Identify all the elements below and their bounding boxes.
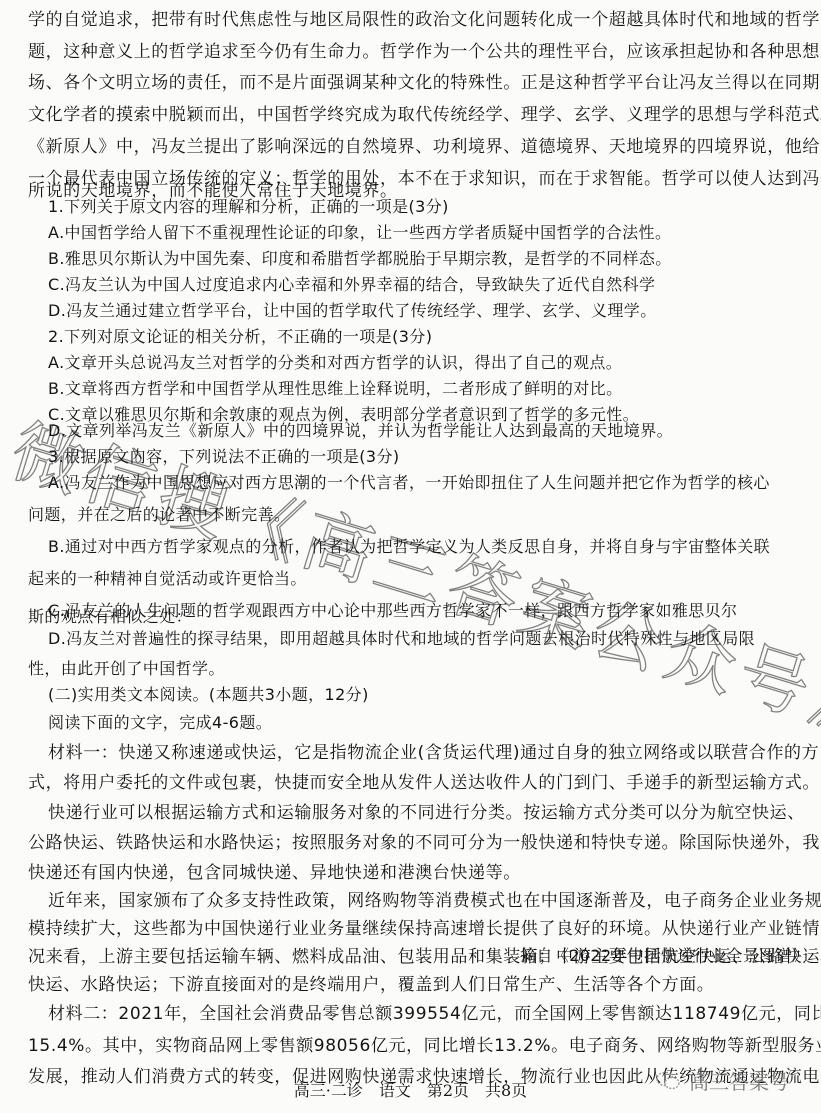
passage-line: 学的自觉追求，把带有时代焦虑性与地区局限性的政治文化问题转化成一个超越具体时代和…	[28, 9, 821, 31]
option-c-line-2: 斯的观点有相似之处：	[28, 606, 192, 628]
material-source: 摘自《2022年中国快递行业全景图谱》	[520, 945, 808, 967]
material-line: 式，将用户委托的文件或包裹，快捷而安全地从发件人送达收件人的门到门、手递手的新型…	[28, 772, 820, 794]
material-line: 快递还有国内快递，包含同城快递、异地快递和港澳台快递等。	[28, 862, 521, 884]
material-line: 材料二：2021年，全国社会消费品零售总额399554亿元，而全国网上零售额达1…	[48, 1003, 821, 1025]
passage-line: 场、各个文明立场的责任，而不是片面强调某种文化的特殊性。正是这种哲学平台让冯友兰…	[28, 72, 821, 94]
passage-line: 题，这种意义上的哲学追求至今仍有生命力。哲学作为一个公共的理性平台，应该承担起协…	[28, 41, 821, 63]
section-instruction: 阅读下面的文字，完成4-6题。	[48, 712, 272, 734]
option-a: A.中国哲学给人留下不重视理性论证的印象，让一些西方学者质疑中国哲学的合法性。	[48, 222, 671, 244]
material-line: 模持续扩大，这些都为中国快递行业业务量继续保持高速增长提供了良好的环境。从快递行…	[28, 918, 820, 940]
option-b: B.雅思贝尔斯认为中国先秦、印度和希腊哲学都脱胎于早期宗教，是哲学的不同样态。	[48, 248, 672, 270]
option-b: B.文章将西方哲学和中国哲学从理性思维上诠释说明，二者形成了鲜明的对比。	[48, 378, 622, 400]
option-a-line-1: A.冯友兰作为中国思想应对西方思潮的一个代言者，一开始即扭住了人生问题并把它作为…	[48, 472, 770, 494]
option-c: C.冯友兰认为中国人过度追求内心幸福和外界幸福的结合，导致缺失了近代自然科学	[48, 274, 655, 296]
passage-line: 文化学者的摸索中脱颖而出，中国哲学终究成为取代传统经学、理学、玄学、义理学的思想…	[28, 104, 821, 126]
material-line: 快运、水路快运；下游直接面对的是终端用户，覆盖到人们日常生产、生活等各个方面。	[28, 974, 714, 996]
option-a-line-2: 问题，并在之后的论著中不断完善。	[28, 504, 290, 526]
account-logo: 高三答案号	[655, 1066, 789, 1095]
section-heading: (二)实用类文本阅读。(本题共3小题，12分)	[48, 684, 369, 706]
question-stem: 1.下列关于原文内容的理解和分析，正确的一项是(3分)	[48, 196, 449, 218]
option-a: A.文章开头总说冯友兰对哲学的分类和对西方哲学的认识，得出了自己的观点。	[48, 352, 622, 374]
material-line: 近年来，国家颁布了众多支持性政策，网络购物等消费模式也在中国逐渐普及，电子商务企…	[48, 890, 821, 912]
option-b-line-2: 起来的一种精神自觉活动或许更恰当。	[28, 568, 307, 590]
question-stem: 3.根据原文内容，下列说法不正确的一项是(3分)	[48, 446, 400, 468]
material-line: 材料一：快递又称速递或快运，它是指物流企业(含货运代理)通过自身的独立网络或以联…	[48, 742, 819, 764]
option-d-line-1: D.冯友兰对普遍性的探寻结果，即用超越具体时代和地域的哲学问题去根治时代特殊性与…	[48, 628, 755, 650]
material-line: 公路快运、铁路快运和水路快运；按照服务对象的不同可分为一般快递和特快专递。除国际…	[28, 832, 821, 854]
logo-text: 高三答案号	[689, 1066, 789, 1095]
material-line: 快递行业可以根据运输方式和运输服务对象的不同进行分类。按运输方式分类可以分为航空…	[48, 802, 805, 824]
option-d: D.文章列举冯友兰《新原人》中的四境界说，并认为哲学能让人达到最高的天地境界。	[48, 420, 673, 442]
option-d-line-2: 性，由此开创了中国哲学。	[28, 658, 225, 680]
option-d: D.冯友兰通过建立哲学平台，让中国的哲学取代了传统经学、理学、玄学、义理学。	[48, 300, 657, 322]
option-b-line-1: B.通过对中西方哲学家观点的分析，作者认为把哲学定义为人类反思自身，并将自身与宇…	[48, 536, 770, 558]
material-line: 15.4%。其中，实物商品网上零售额98056亿元，同比增长13.2%。电子商务…	[28, 1035, 821, 1057]
question-stem: 2.下列对原文论证的相关分析，不正确的一项是(3分)	[48, 326, 432, 348]
passage-line: 《新原人》中，冯友兰提出了影响深远的自然境界、功利境界、道德境界、天地境界的四境…	[28, 136, 821, 158]
wechat-icon	[655, 1070, 681, 1092]
